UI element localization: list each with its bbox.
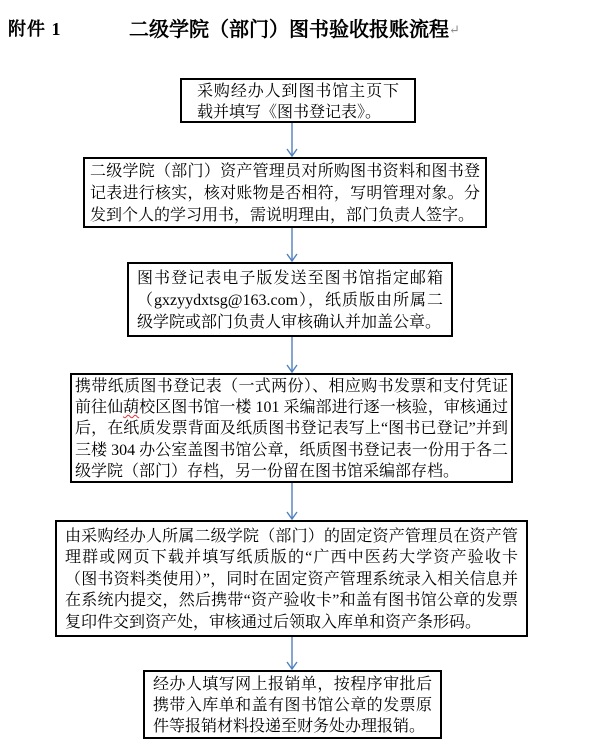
down-arrow-connector-1 [285, 123, 299, 157]
down-arrow-connector-2 [285, 228, 299, 262]
flow-step-library-onsite-check-and-stamp: 携带纸质图书登记表（一式两份）、相应购书发票和支付凭证前往仙葫校区图书馆一楼 1… [70, 373, 513, 483]
step-4-text-part-2: 校区图书馆一楼 101 采编部进行逐一核验，审核通过后，在纸质发票背面及纸质图书… [75, 399, 508, 480]
step-4-spellcheck-flagged-char: 葫 [123, 399, 139, 416]
down-arrow-connector-3 [285, 337, 299, 373]
paragraph-return-icon: ↵ [449, 22, 460, 37]
down-arrow-connector-5 [285, 637, 299, 670]
document-page: 附件 1 二级学院（部门）图书验收报账流程↵ 采购经办人到图书馆主页下载并填写《… [0, 0, 589, 754]
flow-step-asset-manager-verification: 二级学院（部门）资产管理员对所购图书资料和图书登记表进行核实，核对账物是否相符，… [83, 157, 487, 228]
down-arrow-connector-4 [285, 483, 299, 520]
flow-step-online-reimbursement-submission: 经办人填写网上报销单，按程序审批后携带入库单和盖有图书馆公章的发票原件等报销材料… [143, 670, 442, 739]
page-title: 二级学院（部门）图书验收报账流程↵ [0, 13, 589, 42]
flow-step-download-registration-form: 采购经办人到图书馆主页下载并填写《图书登记表》。 [180, 78, 416, 123]
flow-step-asset-acceptance-card-and-barcode: 由采购经办人所属二级学院（部门）的固定资产管理员在资产管理群或网页下载并填写纸质… [55, 520, 528, 637]
document-header: 附件 1 二级学院（部门）图书验收报账流程↵ [0, 13, 589, 41]
page-title-text: 二级学院（部门）图书验收报账流程 [129, 19, 449, 41]
flow-step-send-to-library-email: 图书登记表电子版发送至图书馆指定邮箱（gxzyydxtsg@163.com），纸… [127, 262, 453, 337]
